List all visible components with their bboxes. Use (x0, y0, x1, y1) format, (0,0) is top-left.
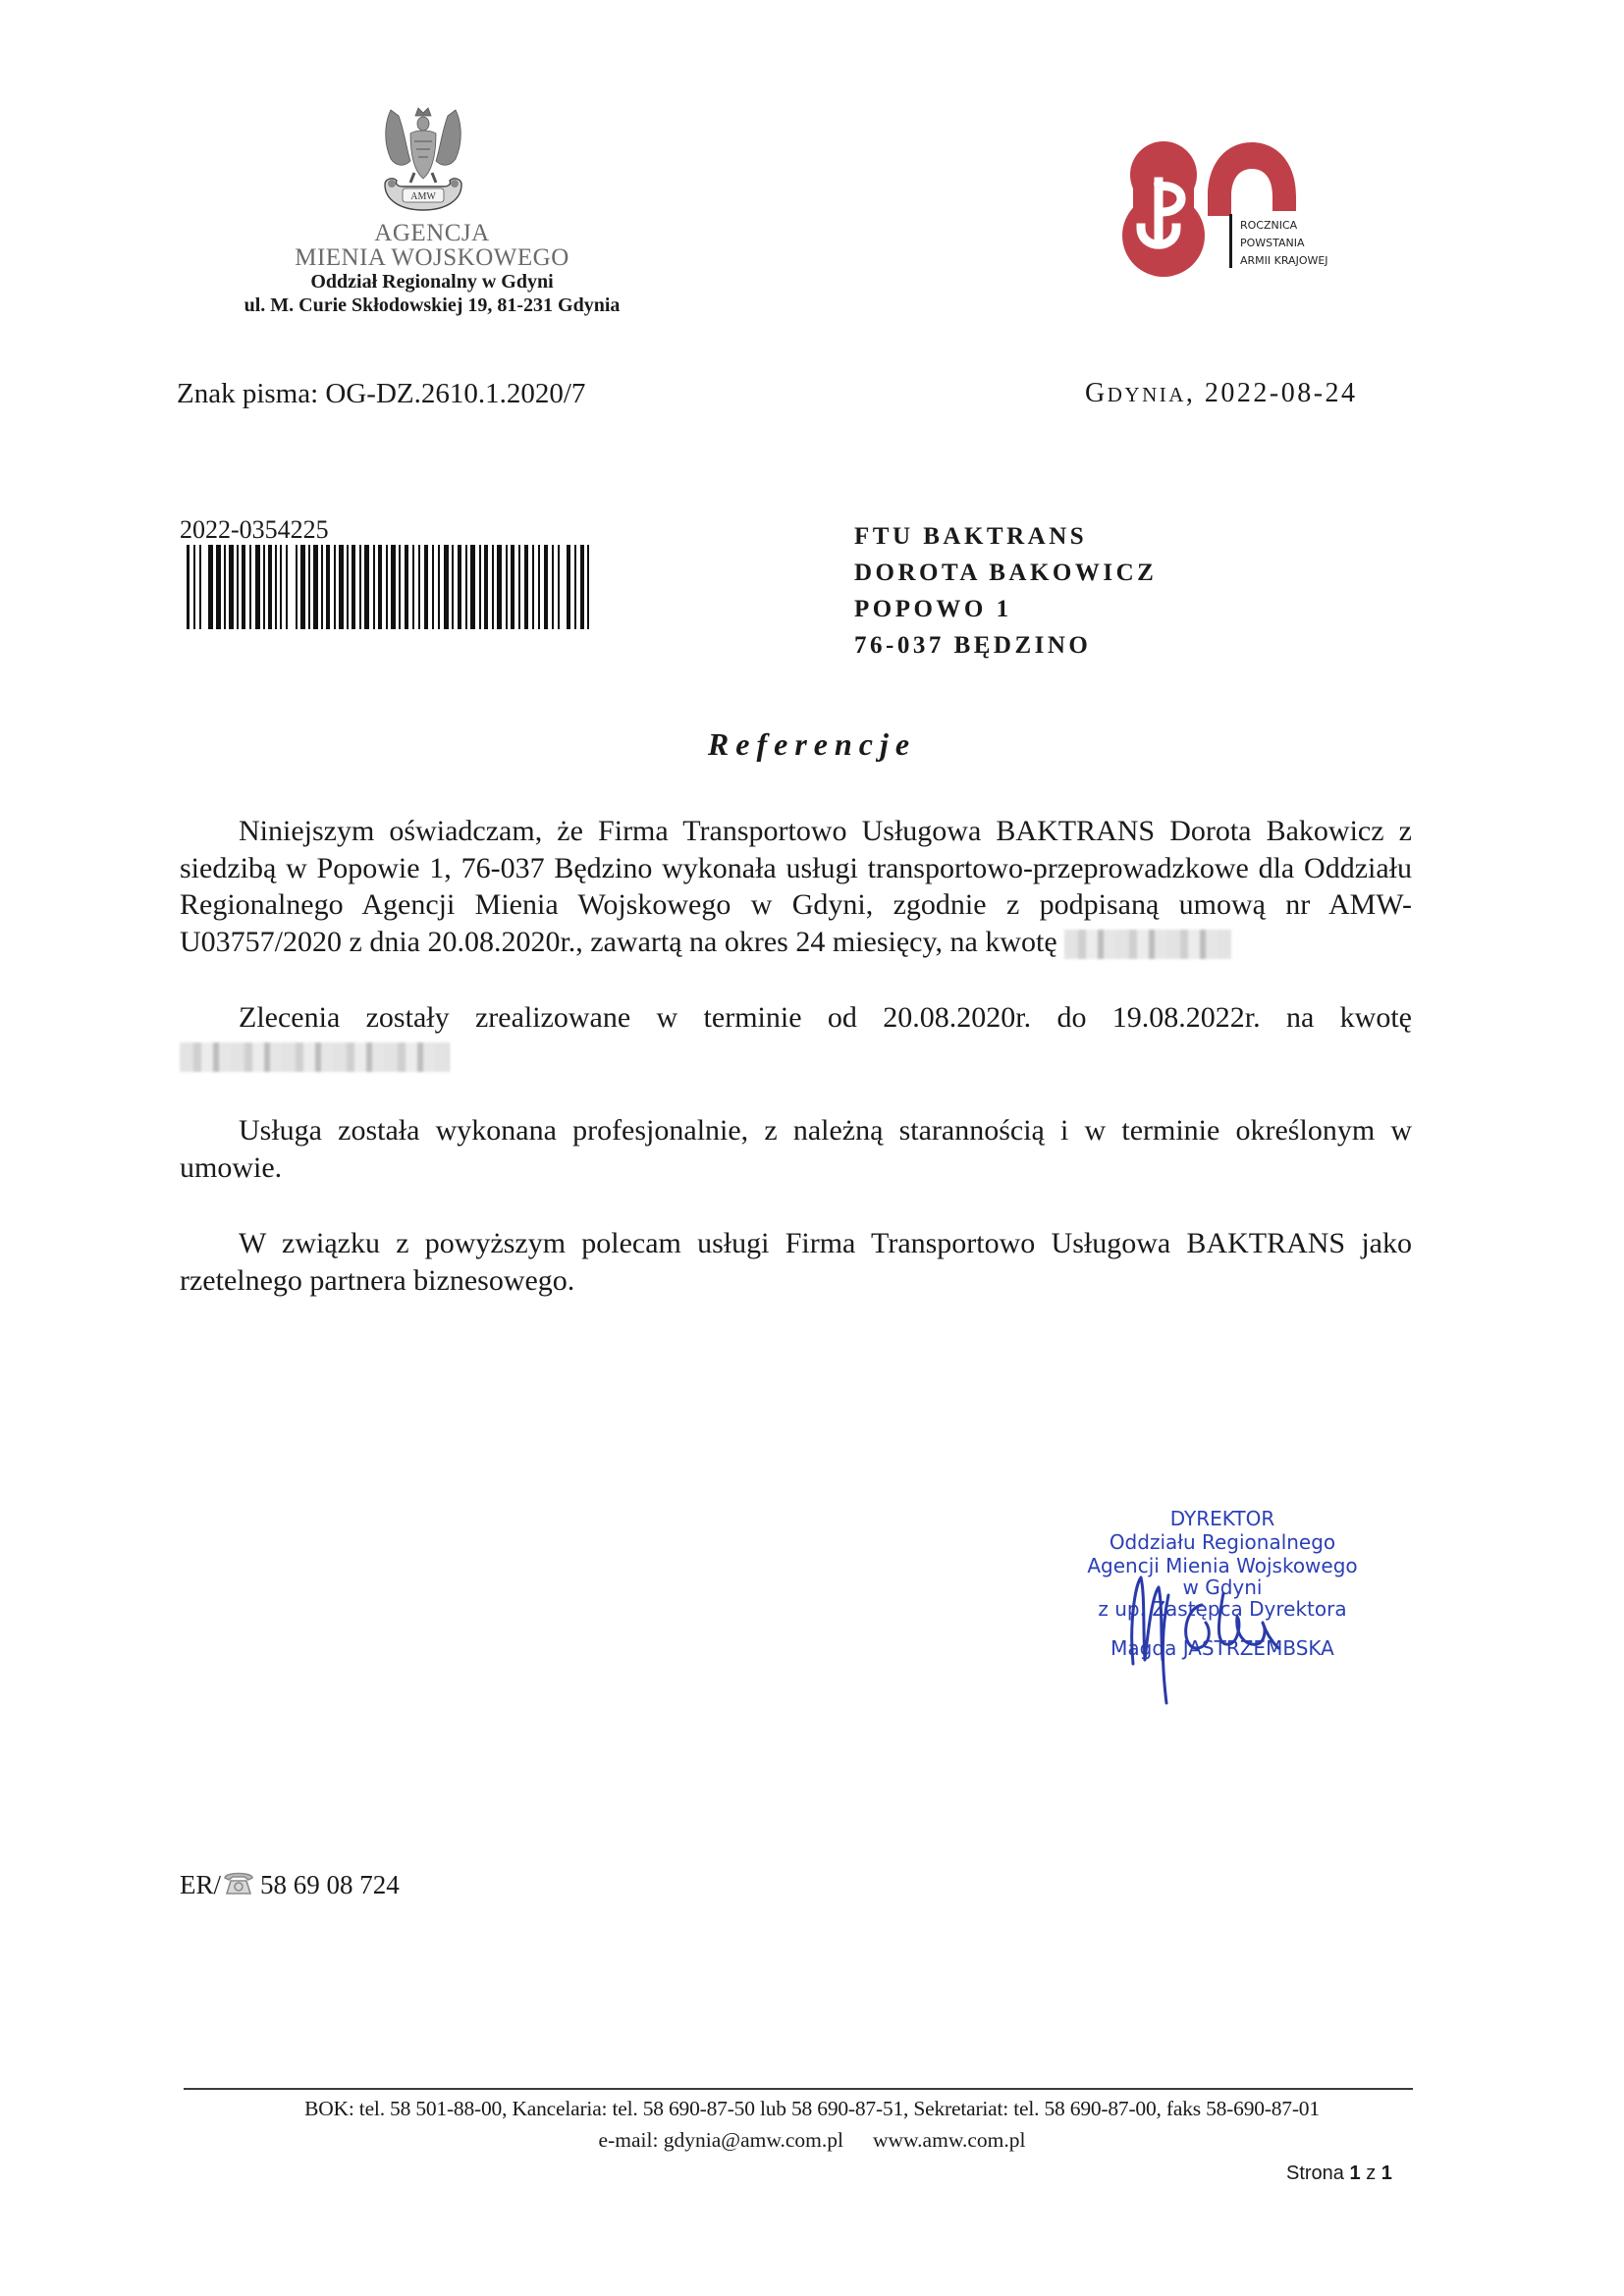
page-label: Strona (1286, 2163, 1344, 2184)
stamp-line: Oddziału Regionalnego (1051, 1530, 1394, 1554)
reference-number: Znak pisma: OG-DZ.2610.1.2020/7 (177, 378, 585, 410)
telephone-icon (223, 1870, 254, 1896)
svg-text:AMW: AMW (410, 191, 436, 202)
barcode-number: 2022-0354225 (180, 515, 329, 545)
paragraph-1: Niniejszym oświadczam, że Firma Transpor… (180, 813, 1412, 960)
branch-name: Oddział Regionalny w Gdyni (177, 270, 687, 294)
svg-text:ROCZNICA: ROCZNICA (1240, 219, 1298, 232)
recipient-company: FTU BAKTRANS (854, 518, 1157, 555)
redacted-amount (1064, 930, 1231, 959)
paragraph-2: Zlecenia zostały zrealizowane w terminie… (180, 999, 1412, 1073)
recipient-city: 76-037 BĘDZINO (854, 627, 1157, 664)
page-current: 1 (1350, 2163, 1361, 2184)
internal-contact: ER/ 58 69 08 724 (180, 1870, 400, 1900)
footer-website[interactable]: www.amw.com.pl (873, 2128, 1025, 2152)
er-prefix: ER/ (180, 1870, 221, 1899)
eagle-emblem-icon: AMW (381, 102, 465, 212)
paragraph-2-text: Zlecenia zostały zrealizowane w terminie… (239, 1001, 1412, 1034)
paragraph-3: Usługa została wykonana profesjonalnie, … (180, 1112, 1412, 1186)
page-of: z (1366, 2163, 1376, 2184)
letter-date: 2022-08-24 (1205, 378, 1358, 408)
kotwica-80-logo-icon: ROCZNICA POWSTANIA ARMII KRAJOWEJ (1119, 137, 1355, 280)
place-rest: DYNIA (1108, 383, 1186, 406)
page-total: 1 (1381, 2163, 1392, 2184)
sender-address: ul. M. Curie Skłodowskiej 19, 81-231 Gdy… (177, 294, 687, 317)
document-title: Referencje (0, 726, 1624, 763)
recipient-address: FTU BAKTRANS DOROTA BAKOWICZ POPOWO 1 76… (854, 518, 1157, 664)
agency-name-line1: AGENCJA (177, 221, 687, 245)
footer-divider (184, 2088, 1413, 2090)
barcode-icon (187, 545, 589, 629)
sender-block: AGENCJA MIENIA WOJSKOWEGO Oddział Region… (177, 221, 687, 317)
svg-text:POWSTANIA: POWSTANIA (1240, 237, 1305, 249)
place-date-separator: , (1186, 378, 1196, 408)
footer-phones: BOK: tel. 58 501-88-00, Kancelaria: tel.… (0, 2097, 1624, 2121)
place-and-date: GDYNIA, 2022-08-24 (1085, 378, 1358, 409)
footer-contact: e-mail: gdynia@amw.com.plwww.amw.com.pl (0, 2128, 1624, 2153)
reference-label: Znak pisma: (177, 378, 318, 409)
svg-text:ARMII KRAJOWEJ: ARMII KRAJOWEJ (1240, 254, 1328, 267)
handwritten-signature-icon (1119, 1566, 1296, 1713)
page-number: Strona 1 z 1 (1286, 2163, 1392, 2185)
recipient-person: DOROTA BAKOWICZ (854, 555, 1157, 591)
recipient-street: POPOWO 1 (854, 591, 1157, 627)
er-phone: 58 69 08 724 (260, 1870, 400, 1899)
agency-name-line2: MIENIA WOJSKOWEGO (177, 245, 687, 270)
reference-value: OG-DZ.2610.1.2020/7 (325, 378, 585, 409)
letter-body: Niniejszym oświadczam, że Firma Transpor… (180, 813, 1412, 1338)
place-initial: G (1085, 378, 1108, 408)
footer-email[interactable]: e-mail: gdynia@amw.com.pl (599, 2128, 843, 2152)
stamp-title: DYREKTOR (1051, 1507, 1394, 1530)
paragraph-4: W związku z powyższym polecam usługi Fir… (180, 1225, 1412, 1299)
redacted-amount (180, 1042, 450, 1072)
